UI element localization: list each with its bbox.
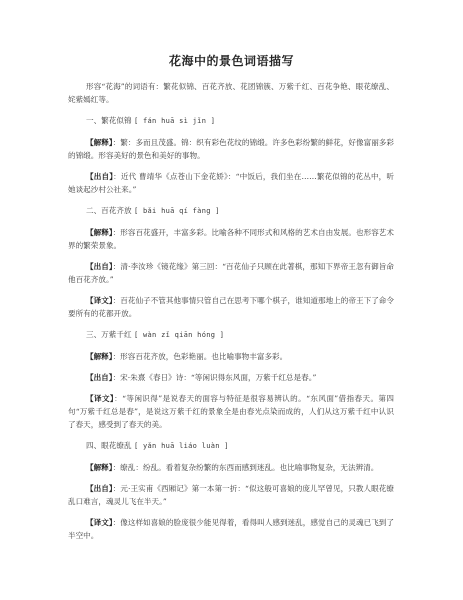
explain-paragraph: 【解释】：形容百花盛开，丰富多彩。比喻各种不同形式和风格的艺术自由发展。也形容艺… bbox=[68, 226, 394, 252]
section-title: 二、百花齐放 bbox=[86, 206, 132, 215]
document-page: 花海中的景色词语描写 形容“花海”的词语有：繁花似锦、百花齐放、花团锦簇、万紫千… bbox=[0, 0, 463, 600]
translation-tag: 【译文】 bbox=[86, 296, 113, 305]
translation-paragraph: 【译文】：“等闲识得”是说春天的面容与特征是很容易辨认的。“东风面”借指春天。第… bbox=[68, 392, 394, 431]
translation-tag: 【译文】 bbox=[86, 394, 114, 403]
section-pinyin: [ bǎi huā qí fàng ] bbox=[134, 207, 220, 215]
translation-paragraph: 【译文】：百花仙子不管其他事情只管自己在思考下哪个棋子，谁知道那地上的帝王下了命… bbox=[68, 294, 394, 320]
section-heading: 三、万紫千红 [ wàn zǐ qiān hóng ] bbox=[68, 328, 394, 342]
explain-tag: 【解释】 bbox=[86, 463, 113, 472]
intro-paragraph: 形容“花海”的词语有：繁花似锦、百花齐放、花团锦簇、万紫千红、百花争艳、眼花缭乱… bbox=[68, 80, 394, 106]
source-text: 宋·朱熹《春日》诗：“等闲识得东风面，万紫千红总是春。” bbox=[120, 373, 316, 382]
document-title: 花海中的景色词语描写 bbox=[0, 52, 463, 69]
document-body: 形容“花海”的词语有：繁花似锦、百花齐放、花团锦簇、万紫千红、百花争艳、眼花缭乱… bbox=[68, 80, 394, 550]
section-title: 三、万紫千红 bbox=[86, 330, 132, 339]
source-paragraph: 【出自】：清·李汝珍《镜花缘》第三回：“百花仙子只顾在此著棋，那知下界帝王忽有御… bbox=[68, 260, 394, 286]
section-heading: 四、眼花缭乱 [ yǎn huā liáo luàn ] bbox=[68, 439, 394, 453]
explain-tag: 【解释】 bbox=[86, 138, 113, 147]
explain-tag: 【解释】 bbox=[86, 352, 113, 361]
section-title: 四、眼花缭乱 bbox=[86, 441, 132, 450]
source-tag: 【出自】 bbox=[86, 172, 113, 181]
explain-tag: 【解释】 bbox=[86, 228, 113, 237]
section-heading: 一、繁花似锦 [ fán huā sì jǐn ] bbox=[68, 114, 394, 128]
section-pinyin: [ wàn zǐ qiān hóng ] bbox=[134, 331, 224, 339]
source-tag: 【出自】 bbox=[86, 262, 113, 271]
source-paragraph: 【出自】：近代 曹靖华《点苍山下金花娇》：“中饭后，我们坐在……繁花似锦的花丛中… bbox=[68, 170, 394, 196]
section-title: 一、繁花似锦 bbox=[86, 116, 132, 125]
translation-tag: 【译文】 bbox=[86, 518, 113, 527]
explain-text: 形容百花齐放，色彩艳丽。也比喻事物丰富多彩。 bbox=[120, 352, 287, 361]
explain-paragraph: 【解释】：缭乱：纷乱。看着复杂纷繁的东西而感到迷乱。也比喻事物复杂，无法辨清。 bbox=[68, 461, 394, 474]
source-paragraph: 【出自】：宋·朱熹《春日》诗：“等闲识得东风面，万紫千红总是春。” bbox=[68, 371, 394, 384]
source-tag: 【出自】 bbox=[86, 373, 113, 382]
section-heading: 二、百花齐放 [ bǎi huā qí fàng ] bbox=[68, 204, 394, 218]
explain-paragraph: 【解释】：繁：多而且茂盛。锦：织有彩色花纹的锦缎。许多色彩纷繁的鲜花，好像富丽多… bbox=[68, 136, 394, 162]
source-tag: 【出自】 bbox=[86, 484, 113, 493]
source-paragraph: 【出自】：元·王实甫《西厢记》第一本第一折：“似这般可喜娘的庞儿罕曾见，只教人眼… bbox=[68, 482, 394, 508]
tag-separator: ： bbox=[114, 394, 122, 403]
section-pinyin: [ fán huā sì jǐn ] bbox=[134, 117, 215, 125]
translation-paragraph: 【译文】：像这样如喜娘的脸庞很少能见得着，看得叫人感到迷乱，感觉自己的灵魂已飞到… bbox=[68, 516, 394, 542]
section-pinyin: [ yǎn huā liáo luàn ] bbox=[134, 442, 229, 450]
explain-paragraph: 【解释】：形容百花齐放，色彩艳丽。也比喻事物丰富多彩。 bbox=[68, 350, 394, 363]
explain-text: 缭乱：纷乱。看着复杂纷繁的东西而感到迷乱。也比喻事物复杂，无法辨清。 bbox=[120, 463, 378, 472]
tag-separator: ： bbox=[113, 172, 121, 181]
